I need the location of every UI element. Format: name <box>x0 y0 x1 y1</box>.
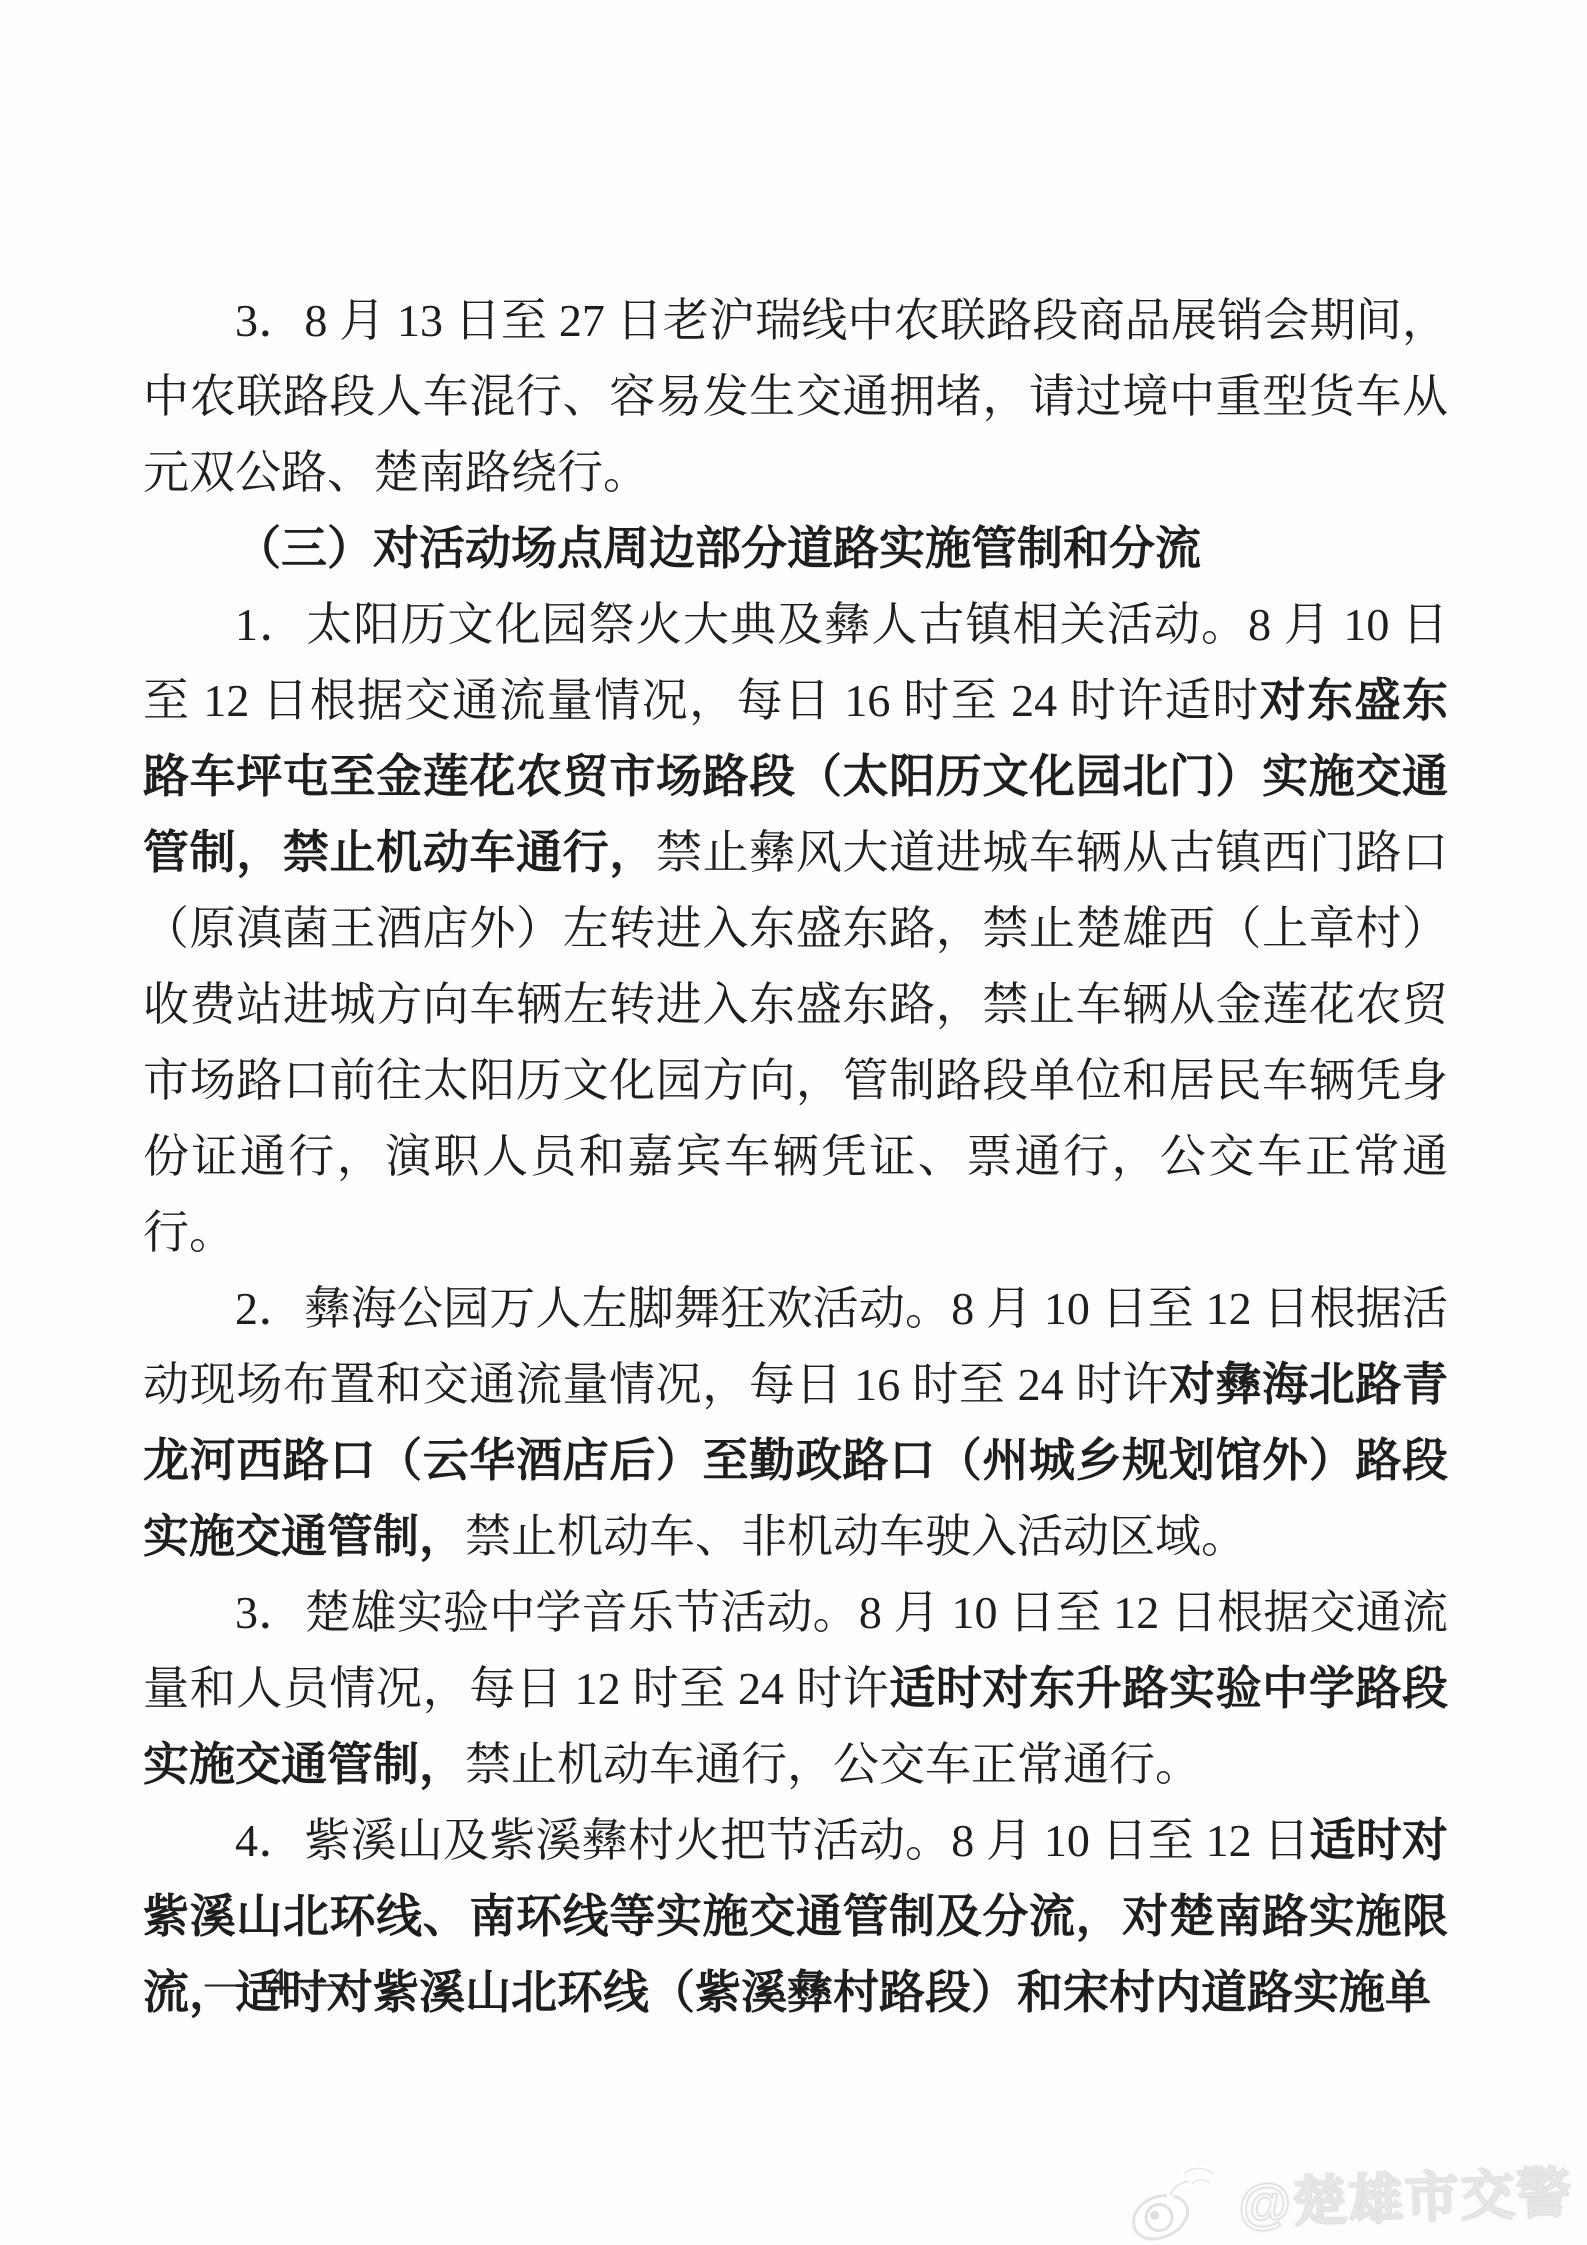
para-item-3-music-festival: 3．楚雄实验中学音乐节活动。8 月 10 日至 12 日根据交通流量和人员情况，… <box>143 1575 1448 1803</box>
page-number: — 4 — <box>205 1958 355 2005</box>
watermark: @楚雄市交警 <box>1123 2145 1574 2245</box>
text-segment: 禁止彝风大道进城车辆从古镇西门路口（原滇菌王酒店外）左转进入东盛东路，禁止楚雄西… <box>143 827 1448 1258</box>
para-expo-detour: 3．8 月 13 日至 27 日老沪瑞线中农联路段商品展销会期间，中农联路段人车… <box>143 283 1448 511</box>
document-body: 3．8 月 13 日至 27 日老沪瑞线中农联路段商品展销会期间，中农联路段人车… <box>143 283 1448 2031</box>
para-item-1-sun-calendar-park: 1．太阳历文化园祭火大典及彝人古镇相关活动。8 月 10 日至 12 日根据交通… <box>143 587 1448 1271</box>
document-page: 3．8 月 13 日至 27 日老沪瑞线中农联路段商品展销会期间，中农联路段人车… <box>0 0 1587 2245</box>
text-segment: 禁止机动车通行，公交车正常通行。 <box>465 1739 1201 1790</box>
text-segment: 1．太阳历文化园祭火大典及彝人古镇相关活动。8 月 10 日至 12 日根据交通… <box>143 599 1448 726</box>
heading-section-three: （三）对活动场点周边部分道路实施管制和分流 <box>143 511 1448 587</box>
weibo-icon <box>1119 2152 1234 2245</box>
para-item-2-yihai-park: 2．彝海公园万人左脚舞狂欢活动。8 月 10 日至 12 日根据活动现场布置和交… <box>143 1271 1448 1575</box>
watermark-text: @楚雄市交警 <box>1237 2150 1574 2239</box>
text-segment: 禁止机动车、非机动车驶入活动区域。 <box>465 1511 1247 1562</box>
text-segment: （三）对活动场点周边部分道路实施管制和分流 <box>235 523 1201 574</box>
text-segment: 3．8 月 13 日至 27 日老沪瑞线中农联路段商品展销会期间，中农联路段人车… <box>143 295 1448 498</box>
text-segment: 4．紫溪山及紫溪彝村火把节活动。8 月 10 日至 12 日 <box>235 1815 1310 1866</box>
